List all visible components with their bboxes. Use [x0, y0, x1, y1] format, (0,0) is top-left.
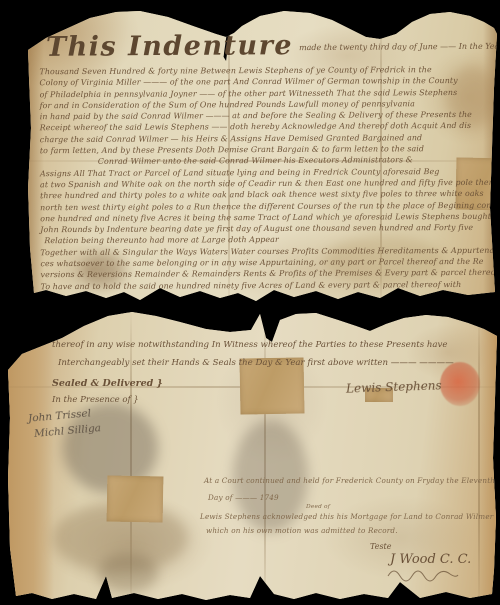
witness-signature: Michl Silliga	[34, 422, 102, 440]
closing-line: Interchangeably set their Hands & Seals …	[58, 358, 454, 368]
interlined-note: Deed of	[306, 504, 330, 510]
wax-seal	[440, 362, 480, 406]
indenture-heading: This Indenture	[46, 30, 293, 63]
stain	[53, 503, 188, 573]
court-record-line: Day of ——— 1749	[208, 493, 279, 502]
fold-crease	[130, 308, 132, 602]
attestation-line: Sealed & Delivered }	[52, 378, 163, 389]
teste-label: Teste	[370, 542, 392, 551]
attestation-line: In the Presence of }	[52, 395, 139, 405]
tape-patch	[107, 476, 164, 523]
closing-line: thereof in any wise notwithstanding In W…	[52, 340, 447, 350]
court-record-line: which on his own motion was admitted to …	[206, 526, 398, 535]
deed-line: To have and to hold the said one hundred…	[41, 278, 497, 292]
court-record-line: At a Court continued and held for Freder…	[204, 476, 495, 485]
deed-line: Receipt whereof the said Lewis Stephens …	[40, 120, 496, 134]
worn-left-edge	[8, 308, 54, 602]
clerk-flourish	[386, 568, 460, 582]
witness-signature: John Trissel	[28, 407, 92, 424]
fold-crease	[478, 308, 480, 602]
heading-continuation: made the twenty third day of June —— In …	[299, 41, 497, 52]
fold-crease	[264, 308, 266, 602]
deed-body-text: Thousand Seven Hundred & forty nine Betw…	[39, 64, 496, 292]
grantor-signature: Lewis Stephens	[346, 378, 442, 395]
worn-right-edge	[478, 308, 497, 602]
deed-heading-row: This Indenturemade the twenty third day …	[46, 28, 497, 63]
bottom-parchment-fragment: thereof in any wise notwithstanding In W…	[8, 308, 497, 602]
stain	[98, 553, 158, 593]
top-parchment-fragment: This Indenturemade the twenty third day …	[28, 8, 497, 305]
court-record-line: Lewis Stephens acknowledged this his Mor…	[200, 512, 493, 521]
clerk-signature: J Wood C. C.	[390, 552, 471, 567]
scanned-document-photo: This Indenturemade the twenty third day …	[0, 0, 500, 605]
